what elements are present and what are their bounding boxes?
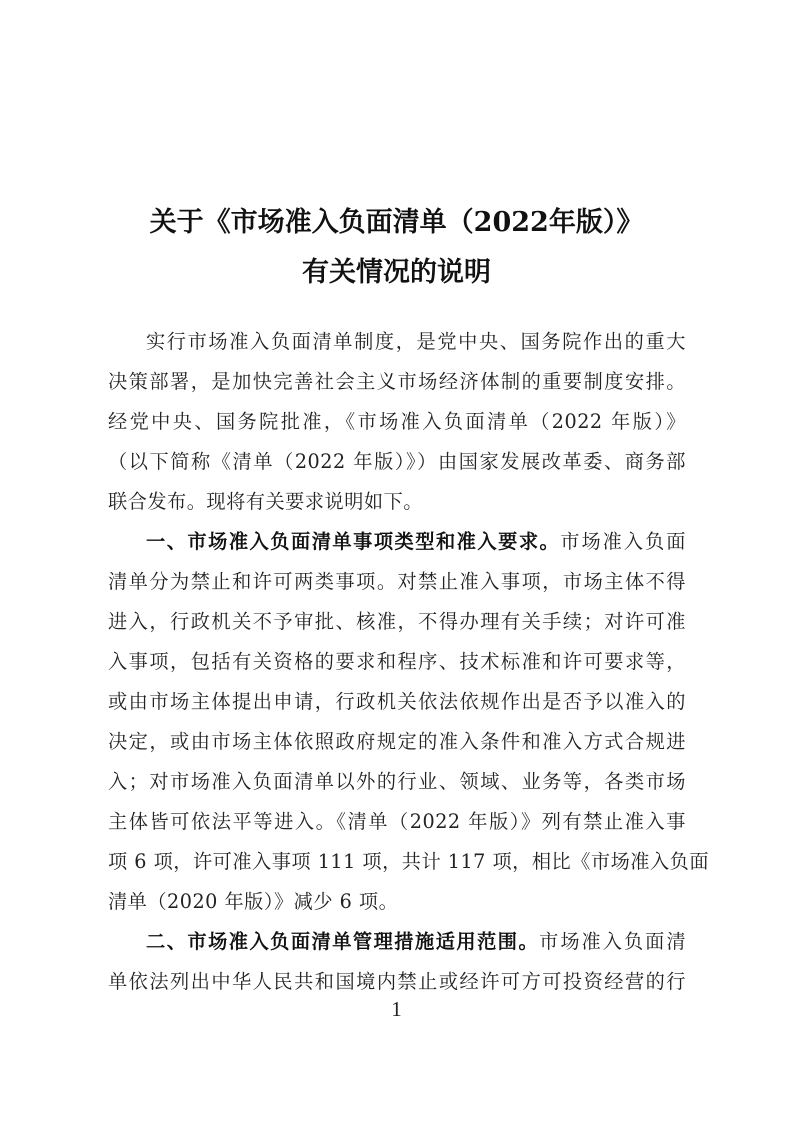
section-1-heading: 一、市场准入负面清单事项类型和准入要求。 (146, 530, 560, 553)
document-title-line-1: 关于《市场准入负面清单（2022年版）》 (0, 200, 793, 239)
intro-line: 经党中央、国务院批准，《市场准入负面清单（2022 年版）》 (108, 407, 686, 434)
section-2-heading: 二、市场准入负面清单管理措施适用范围。 (146, 930, 539, 953)
intro-line: （以下简称《清单（2022 年版）》）由国家发展改革委、商务部 (108, 447, 686, 474)
document-title-line-2: 有关情况的说明 (0, 250, 793, 289)
section-1-line: 清单（2020 年版）》减少 6 项。 (108, 887, 686, 914)
intro-line: 联合发布。现将有关要求说明如下。 (108, 487, 686, 514)
section-1-line: 清单分为禁止和许可两类事项。对禁止准入事项，市场主体不得 (108, 567, 686, 594)
section-2-line: 单依法列出中华人民共和国境内禁止或经许可方可投资经营的行 (108, 967, 686, 994)
section-1-line: 入事项，包括有关资格的要求和程序、技术标准和许可要求等， (108, 647, 686, 674)
intro-line: 决策部署，是加快完善社会主义市场经济体制的重要制度安排。 (108, 367, 686, 394)
section-1-first-line: 一、市场准入负面清单事项类型和准入要求。市场准入负面 (146, 527, 686, 554)
section-1-line: 进入，行政机关不予审批、核准，不得办理有关手续；对许可准 (108, 607, 686, 634)
section-2-text: 市场准入负面清 (539, 930, 686, 953)
section-1-line: 主体皆可依法平等进入。《清单（2022 年版）》列有禁止准入事 (108, 807, 686, 834)
document-page: 关于《市场准入负面清单（2022年版）》 有关情况的说明 实行市场准入负面清单制… (0, 0, 793, 1122)
section-1-line: 项 6 项，许可准入事项 111 项，共计 117 项，相比《市场准入负面 (108, 847, 686, 874)
intro-line: 实行市场准入负面清单制度，是党中央、国务院作出的重大 (146, 327, 686, 354)
section-1-line: 或由市场主体提出申请，行政机关依法依规作出是否予以准入的 (108, 687, 686, 714)
page-number: 1 (0, 997, 793, 1022)
section-2-first-line: 二、市场准入负面清单管理措施适用范围。市场准入负面清 (146, 927, 686, 954)
section-1-text: 市场准入负面 (560, 530, 686, 553)
section-1-line: 决定，或由市场主体依照政府规定的准入条件和准入方式合规进 (108, 727, 686, 754)
section-1-line: 入；对市场准入负面清单以外的行业、领域、业务等，各类市场 (108, 767, 686, 794)
